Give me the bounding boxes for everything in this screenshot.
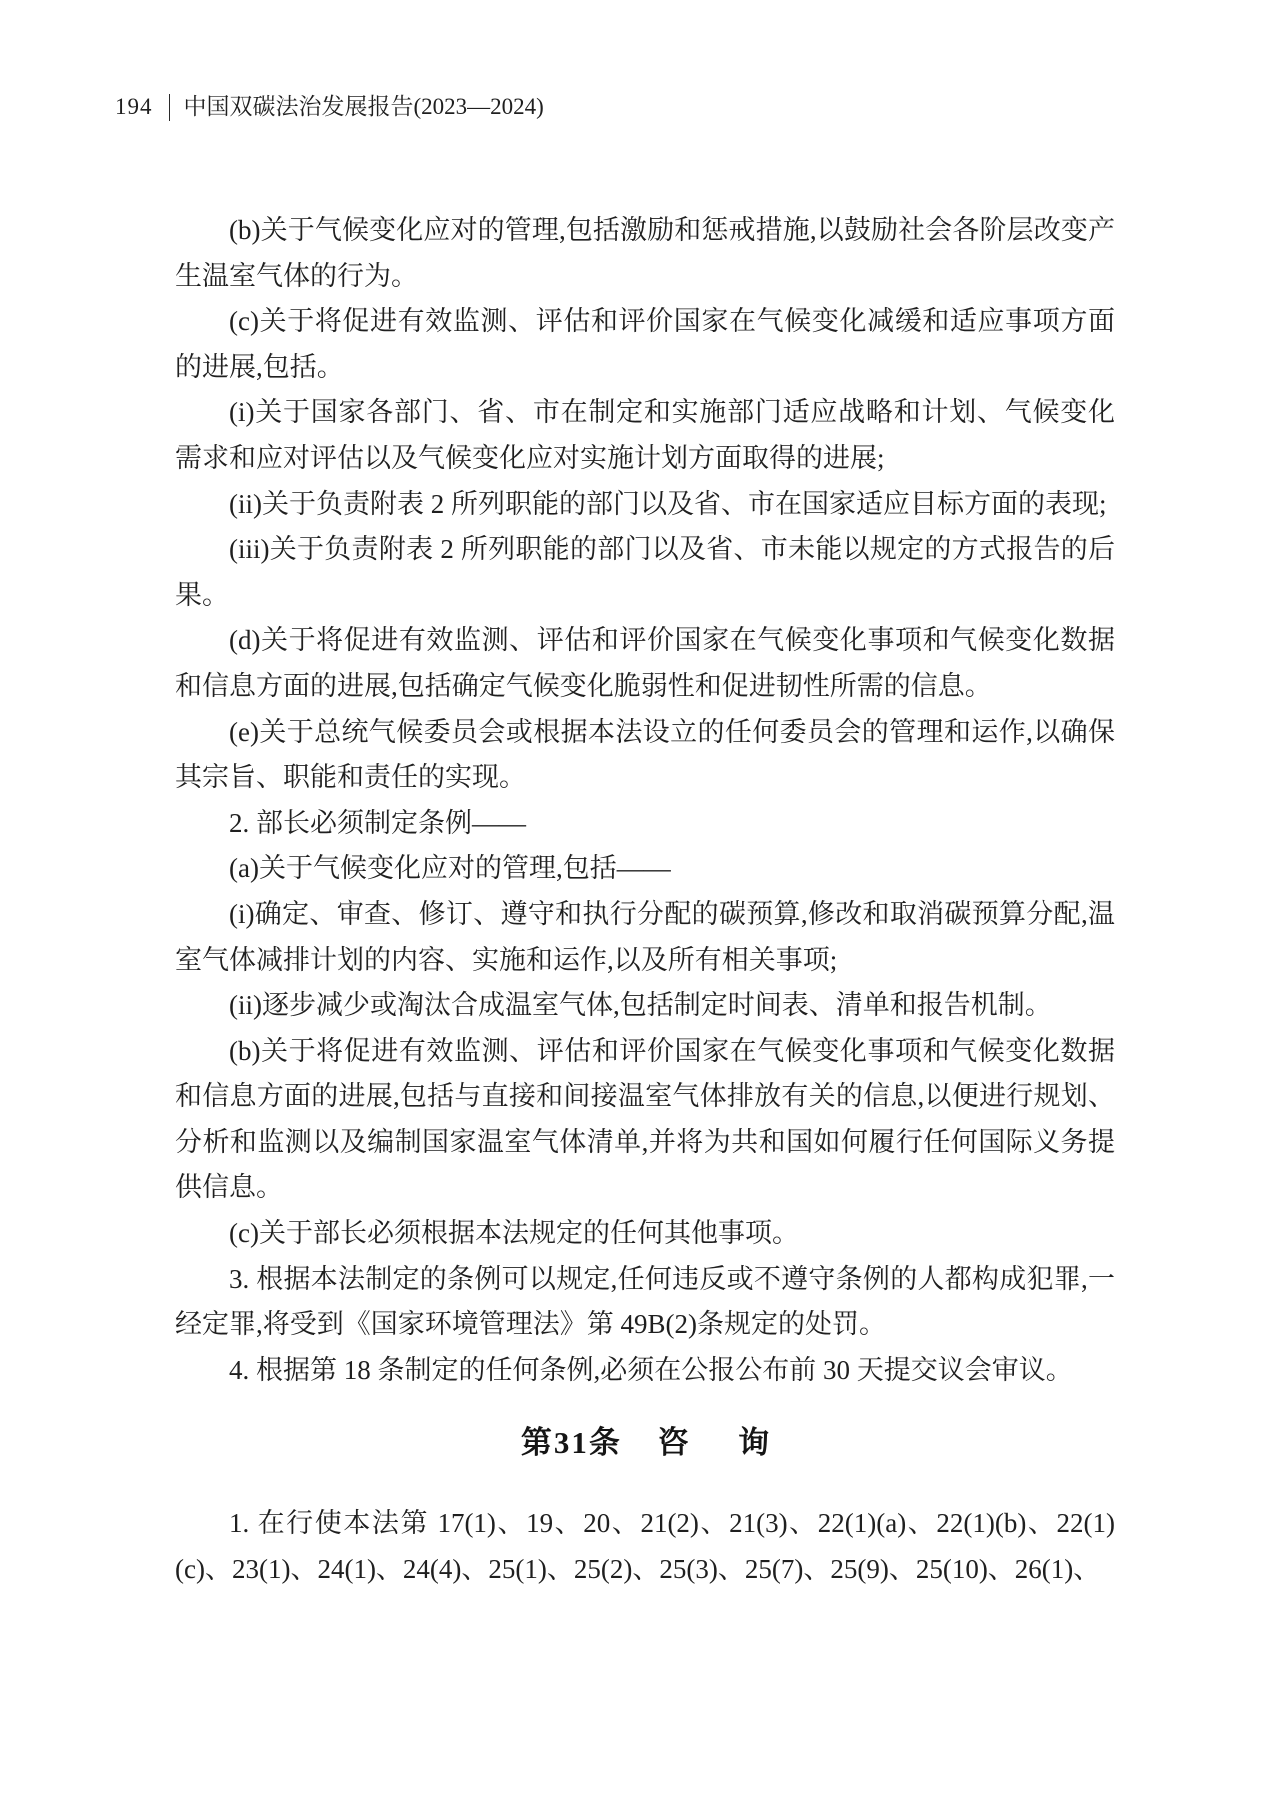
body-paragraph: (ii)关于负责附表 2 所列职能的部门以及省、市在国家适应目标方面的表现; xyxy=(175,482,1115,528)
body-paragraph: (c)关于部长必须根据本法规定的任何其他事项。 xyxy=(175,1211,1115,1257)
body-paragraph: (c)关于将促进有效监测、评估和评价国家在气候变化减缓和适应事项方面的进展,包括… xyxy=(175,299,1115,390)
body-paragraph: (iii)关于负责附表 2 所列职能的部门以及省、市未能以规定的方式报告的后果。 xyxy=(175,527,1115,618)
page-number: 194 xyxy=(115,92,153,122)
running-header: 194 中国双碳法治发展报告(2023—2024) xyxy=(115,92,544,122)
body-paragraph: (ii)逐步减少或淘汰合成温室气体,包括制定时间表、清单和报告机制。 xyxy=(175,983,1115,1029)
body-paragraph: 3. 根据本法制定的条例可以规定,任何违反或不遵守条例的人都构成犯罪,一经定罪,… xyxy=(175,1257,1115,1348)
body-paragraph: (i)关于国家各部门、省、市在制定和实施部门适应战略和计划、气候变化需求和应对评… xyxy=(175,390,1115,481)
body-paragraph: (i)确定、审查、修订、遵守和执行分配的碳预算,修改和取消碳预算分配,温室气体减… xyxy=(175,892,1115,983)
book-page: 194 中国双碳法治发展报告(2023—2024) (b)关于气候变化应对的管理… xyxy=(0,0,1269,1804)
page-body: (b)关于气候变化应对的管理,包括激励和惩戒措施,以鼓励社会各阶层改变产生温室气… xyxy=(175,208,1115,1593)
header-divider xyxy=(169,94,170,121)
section-heading-title: 咨询 xyxy=(658,1425,819,1460)
body-paragraph: 1. 在行使本法第 17(1)、19、20、21(2)、21(3)、22(1)(… xyxy=(175,1501,1115,1592)
body-paragraph: (b)关于气候变化应对的管理,包括激励和惩戒措施,以鼓励社会各阶层改变产生温室气… xyxy=(175,208,1115,299)
body-paragraph: (a)关于气候变化应对的管理,包括—— xyxy=(175,846,1115,892)
section-heading-article-number: 第31条 xyxy=(521,1425,622,1460)
body-paragraph: (d)关于将促进有效监测、评估和评价国家在气候变化事项和气候变化数据和信息方面的… xyxy=(175,618,1115,709)
section-heading: 第31条 咨询 xyxy=(175,1421,1115,1465)
body-paragraph: 2. 部长必须制定条例—— xyxy=(175,801,1115,847)
body-paragraph: (e)关于总统气候委员会或根据本法设立的任何委员会的管理和运作,以确保其宗旨、职… xyxy=(175,710,1115,801)
book-title: 中国双碳法治发展报告(2023—2024) xyxy=(184,92,544,122)
body-paragraph: 4. 根据第 18 条制定的任何条例,必须在公报公布前 30 天提交议会审议。 xyxy=(175,1348,1115,1394)
body-paragraph: (b)关于将促进有效监测、评估和评价国家在气候变化事项和气候变化数据和信息方面的… xyxy=(175,1029,1115,1211)
